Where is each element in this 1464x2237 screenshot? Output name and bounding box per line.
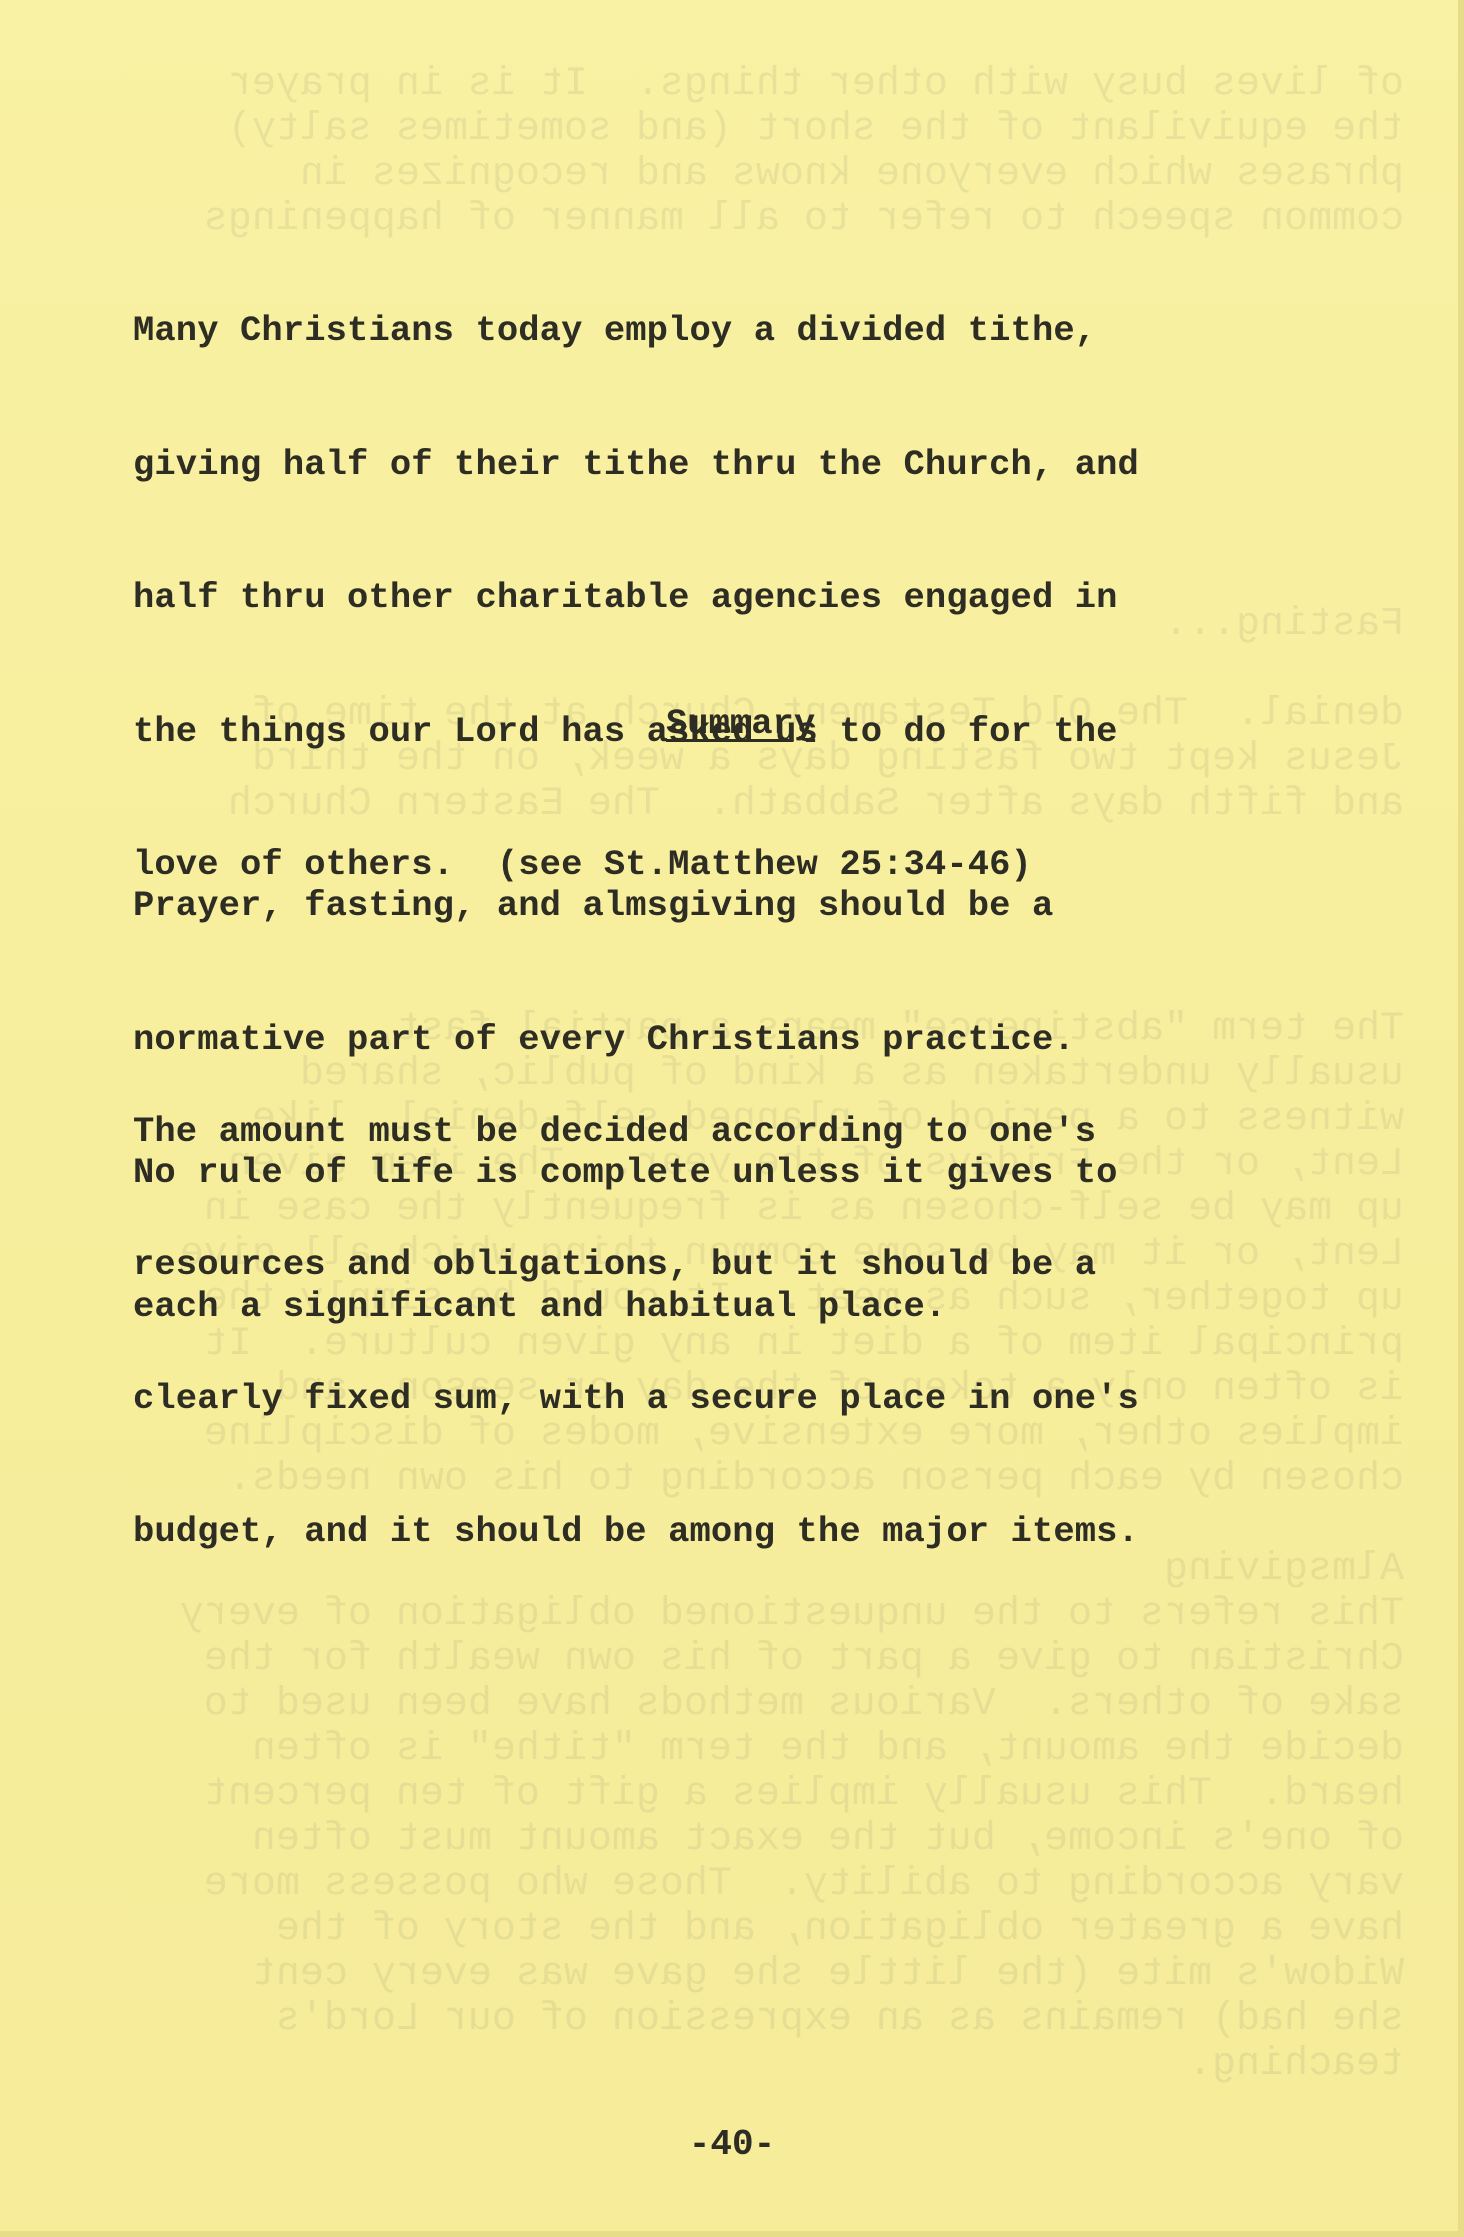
- bleed-through-line: heard. This usually implies a gift of te…: [0, 1772, 1464, 1817]
- bleed-through-line: the equivilant of the short (and sometim…: [0, 107, 1464, 152]
- page-number: -40-: [0, 2124, 1464, 2165]
- bleed-through-line: Christian to give a part of his own weal…: [0, 1637, 1464, 1682]
- bleed-through-line: she had) remains as an expression of our…: [0, 1997, 1464, 2042]
- page-edge: [1458, 0, 1464, 2237]
- text-line: half thru other charitable agencies enga…: [133, 576, 1393, 621]
- bleed-through-line: decide the amount, and the term "tithe" …: [0, 1727, 1464, 1772]
- bleed-through-line: phrases which everyone knows and recogni…: [0, 152, 1464, 197]
- text-line: Many Christians today employ a divided t…: [133, 309, 1393, 354]
- bleed-through-line: teaching.: [0, 2042, 1464, 2087]
- paragraph-summary: Prayer, fasting, and almsgiving should b…: [133, 795, 1118, 1418]
- bleed-through-line: of one's income, but the exact amount mu…: [0, 1817, 1464, 1862]
- text-line: No rule of life is complete unless it gi…: [133, 1151, 1118, 1196]
- bleed-through-line: of lives busy with other things. It is i…: [0, 62, 1464, 107]
- section-heading-summary: Summary: [666, 702, 815, 746]
- bleed-through-line: have a greater obligation, and the story…: [0, 1907, 1464, 1952]
- text-line: each a significant and habitual place.: [133, 1285, 1118, 1330]
- text-line: budget, and it should be among the major…: [133, 1510, 1393, 1555]
- bleed-through-line: sake of others. Various methods have bee…: [0, 1682, 1464, 1727]
- bleed-through-line: vary according to ability. Those who pos…: [0, 1862, 1464, 1907]
- bleed-through-line: Widow's mite (the little she gave was ev…: [0, 1952, 1464, 1997]
- text-line: giving half of their tithe thru the Chur…: [133, 443, 1393, 488]
- text-line: Prayer, fasting, and almsgiving should b…: [133, 884, 1118, 929]
- text-line: normative part of every Christians pract…: [133, 1018, 1118, 1063]
- page-edge: [0, 2231, 1464, 2237]
- page-content: Many Christians today employ a divided t…: [133, 220, 1393, 1644]
- document-page: of lives busy with other things. It is i…: [0, 0, 1464, 2237]
